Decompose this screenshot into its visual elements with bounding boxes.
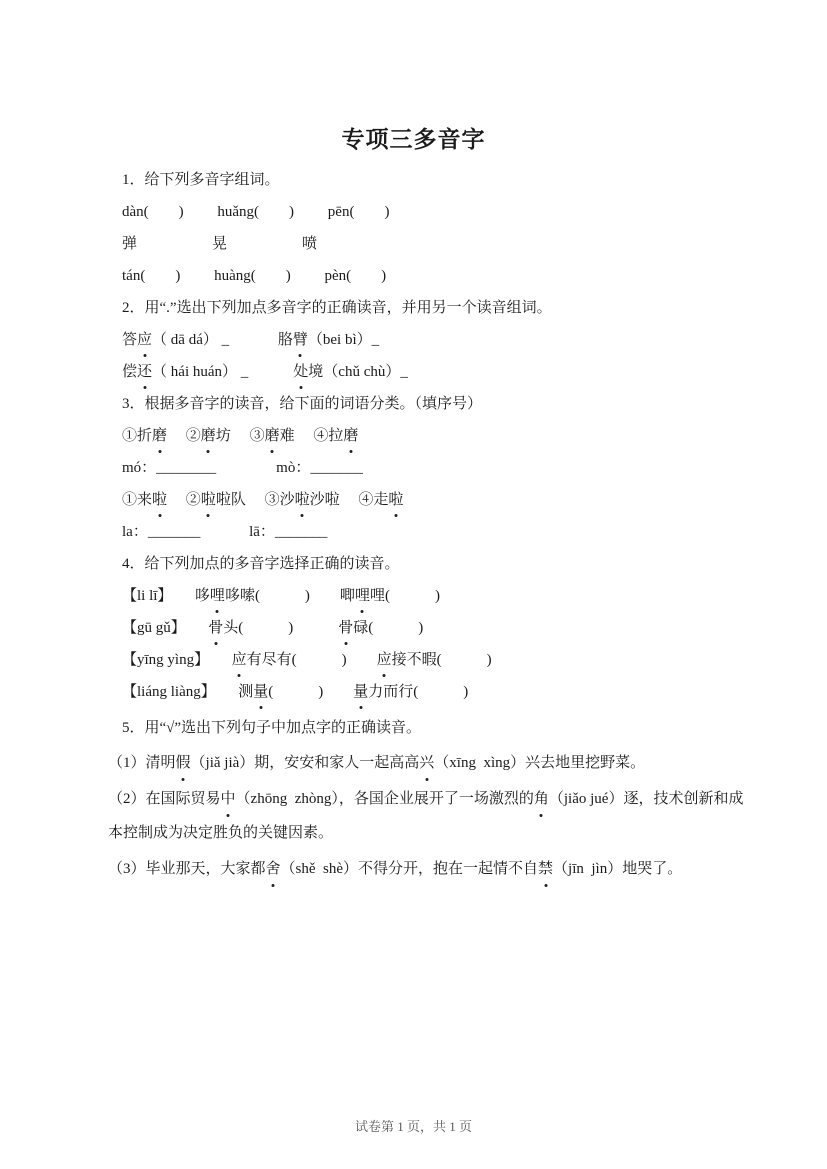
q4-row-li: 【li lī】 哆哩哆嗦( ) 唧哩哩( ) bbox=[100, 580, 747, 612]
q5-instruction: 5．用“√”选出下列句子中加点字的正确读音。 bbox=[100, 712, 747, 744]
emphasized-char: 量 bbox=[253, 676, 268, 708]
q2-instruction: 2．用“.”选出下列加点多音字的正确读音，并用另一个读音组词。 bbox=[100, 292, 747, 324]
worksheet-content: 1．给下列多音字组词。 dàn( ) huǎng( ) pēn( ) 弹 晃 喷… bbox=[0, 158, 827, 886]
question-5: 5．用“√”选出下列句子中加点字的正确读音。 （1）清明假（jiǎ jià）期，… bbox=[100, 712, 747, 886]
emphasized-char: 臂 bbox=[293, 324, 308, 356]
q4-instruction: 4．给下列加点的多音字选择正确的读音。 bbox=[100, 548, 747, 580]
emphasized-char: 舍 bbox=[266, 852, 281, 886]
question-3: 3．根据多音字的读音，给下面的词语分类。（填序号） ①折磨 ②磨坊 ③磨难 ④拉… bbox=[100, 388, 747, 548]
q3-la-blanks-row: la：_______ lā：_______ bbox=[100, 516, 747, 548]
emphasized-char: 磨 bbox=[343, 420, 358, 452]
question-2: 2．用“.”选出下列加点多音字的正确读音，并用另一个读音组词。 答应（ dā d… bbox=[100, 292, 747, 388]
q2-row-2: 偿还（ hái huán） _ 处境（chǔ chù）_ bbox=[100, 356, 747, 388]
q5-sentence-1: （1）清明假（jiǎ jià）期，安安和家人一起高高兴（xīng xìng）兴去… bbox=[100, 746, 748, 780]
emphasized-char: 量 bbox=[353, 676, 368, 708]
emphasized-char: 磨 bbox=[152, 420, 167, 452]
emphasized-char: 磨 bbox=[265, 420, 280, 452]
q3-la-words-row: ①来啦 ②啦啦队 ③沙啦沙啦 ④走啦 bbox=[100, 484, 747, 516]
emphasized-char: 应 bbox=[137, 324, 152, 356]
emphasized-char: 兴 bbox=[419, 746, 434, 780]
emphasized-char: 骨 bbox=[208, 612, 223, 644]
q3-mo-blanks-row: mó：________ mò：_______ bbox=[100, 452, 747, 484]
emphasized-char: 哩 bbox=[355, 580, 370, 612]
q1-pinyin-top-row: dàn( ) huǎng( ) pēn( ) bbox=[100, 196, 747, 228]
q5-sentence-2: （2）在国际贸易中（zhōng zhòng），各国企业展开了一场激烈的角（jiǎ… bbox=[100, 782, 748, 850]
worksheet-page: 专项三多音字 1．给下列多音字组词。 dàn( ) huǎng( ) pēn( … bbox=[0, 0, 827, 1169]
emphasized-char: 还 bbox=[137, 356, 152, 388]
q1-hanzi-row: 弹 晃 喷 bbox=[100, 228, 747, 260]
page-footer: 试卷第 1 页，共 1 页 bbox=[0, 1116, 827, 1135]
emphasized-char: 应 bbox=[377, 644, 392, 676]
emphasized-char: 应 bbox=[232, 644, 247, 676]
q4-row-gu: 【gū gǔ】 骨头( ) 骨碌( ) bbox=[100, 612, 747, 644]
q1-pinyin-bottom-row: tán( ) huàng( ) pèn( ) bbox=[100, 260, 747, 292]
emphasized-char: 禁 bbox=[538, 852, 553, 886]
q3-mo-words-row: ①折磨 ②磨坊 ③磨难 ④拉磨 bbox=[100, 420, 747, 452]
emphasized-char: 处 bbox=[293, 356, 308, 388]
emphasized-char: 哩 bbox=[210, 580, 225, 612]
q5-sentence-3: （3）毕业那天，大家都舍（shě shè）不得分开，抱在一起情不自禁（jīn j… bbox=[100, 852, 748, 886]
question-1: 1．给下列多音字组词。 dàn( ) huǎng( ) pēn( ) 弹 晃 喷… bbox=[100, 164, 747, 292]
q3-instruction: 3．根据多音字的读音，给下面的词语分类。（填序号） bbox=[100, 388, 747, 420]
q4-row-liang: 【liáng liàng】 测量( ) 量力而行( ) bbox=[100, 676, 747, 708]
q2-row-1: 答应（ dā dá） _ 胳臂（bei bì）_ bbox=[100, 324, 747, 356]
emphasized-char: 啦 bbox=[295, 484, 310, 516]
emphasized-char: 假 bbox=[176, 746, 191, 780]
question-4: 4．给下列加点的多音字选择正确的读音。 【li lī】 哆哩哆嗦( ) 唧哩哩(… bbox=[100, 548, 747, 708]
q4-row-ying: 【yīng yìng】 应有尽有( ) 应接不暇( ) bbox=[100, 644, 747, 676]
emphasized-char: 啦 bbox=[152, 484, 167, 516]
emphasized-char: 啦 bbox=[388, 484, 403, 516]
emphasized-char: 角 bbox=[534, 782, 549, 816]
q1-instruction: 1．给下列多音字组词。 bbox=[100, 164, 747, 196]
emphasized-char: 磨 bbox=[201, 420, 216, 452]
emphasized-char: 中 bbox=[221, 782, 236, 816]
emphasized-char: 啦 bbox=[201, 484, 216, 516]
page-title: 专项三多音字 bbox=[0, 0, 827, 158]
emphasized-char: 骨 bbox=[338, 612, 353, 644]
